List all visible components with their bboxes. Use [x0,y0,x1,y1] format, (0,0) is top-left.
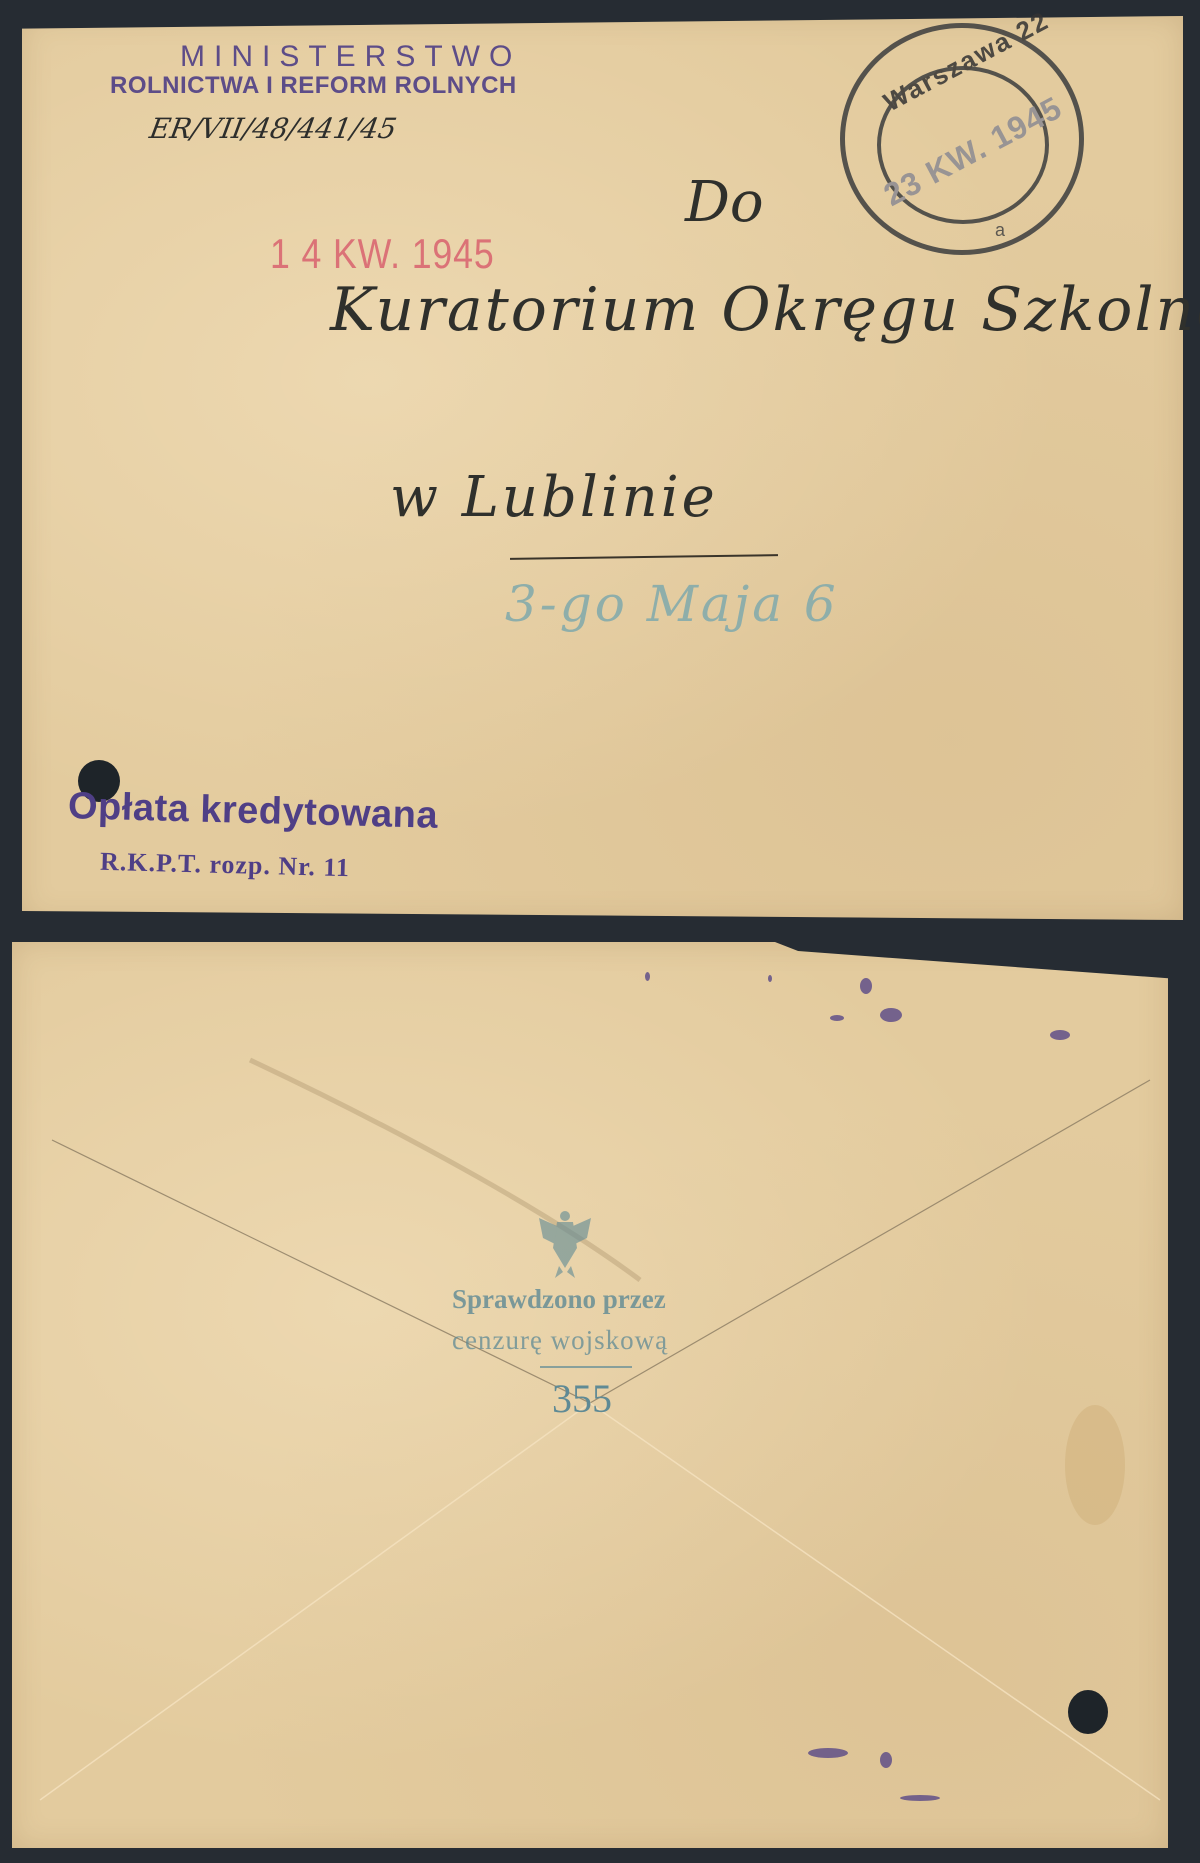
envelope-flap-lines [0,0,1200,1863]
ink-offset-mark [860,978,872,994]
punch-hole-back [1068,1690,1108,1734]
ink-offset-mark [645,972,650,981]
ink-offset-mark [880,1008,902,1022]
censor-stamp-line1: Sprawdzono przez [452,1284,666,1315]
ink-offset-mark [830,1015,844,1021]
ink-offset-mark [808,1748,848,1758]
ink-offset-mark [880,1752,892,1768]
censor-stamp-number: 355 [552,1375,612,1422]
censor-stamp-line2: cenzurę wojskową [452,1325,668,1356]
polish-eagle-icon [537,1208,593,1280]
ink-offset-mark [1050,1030,1070,1040]
ink-offset-mark [900,1795,940,1801]
ink-offset-mark [768,975,772,982]
censor-stamp-rule [540,1366,632,1368]
